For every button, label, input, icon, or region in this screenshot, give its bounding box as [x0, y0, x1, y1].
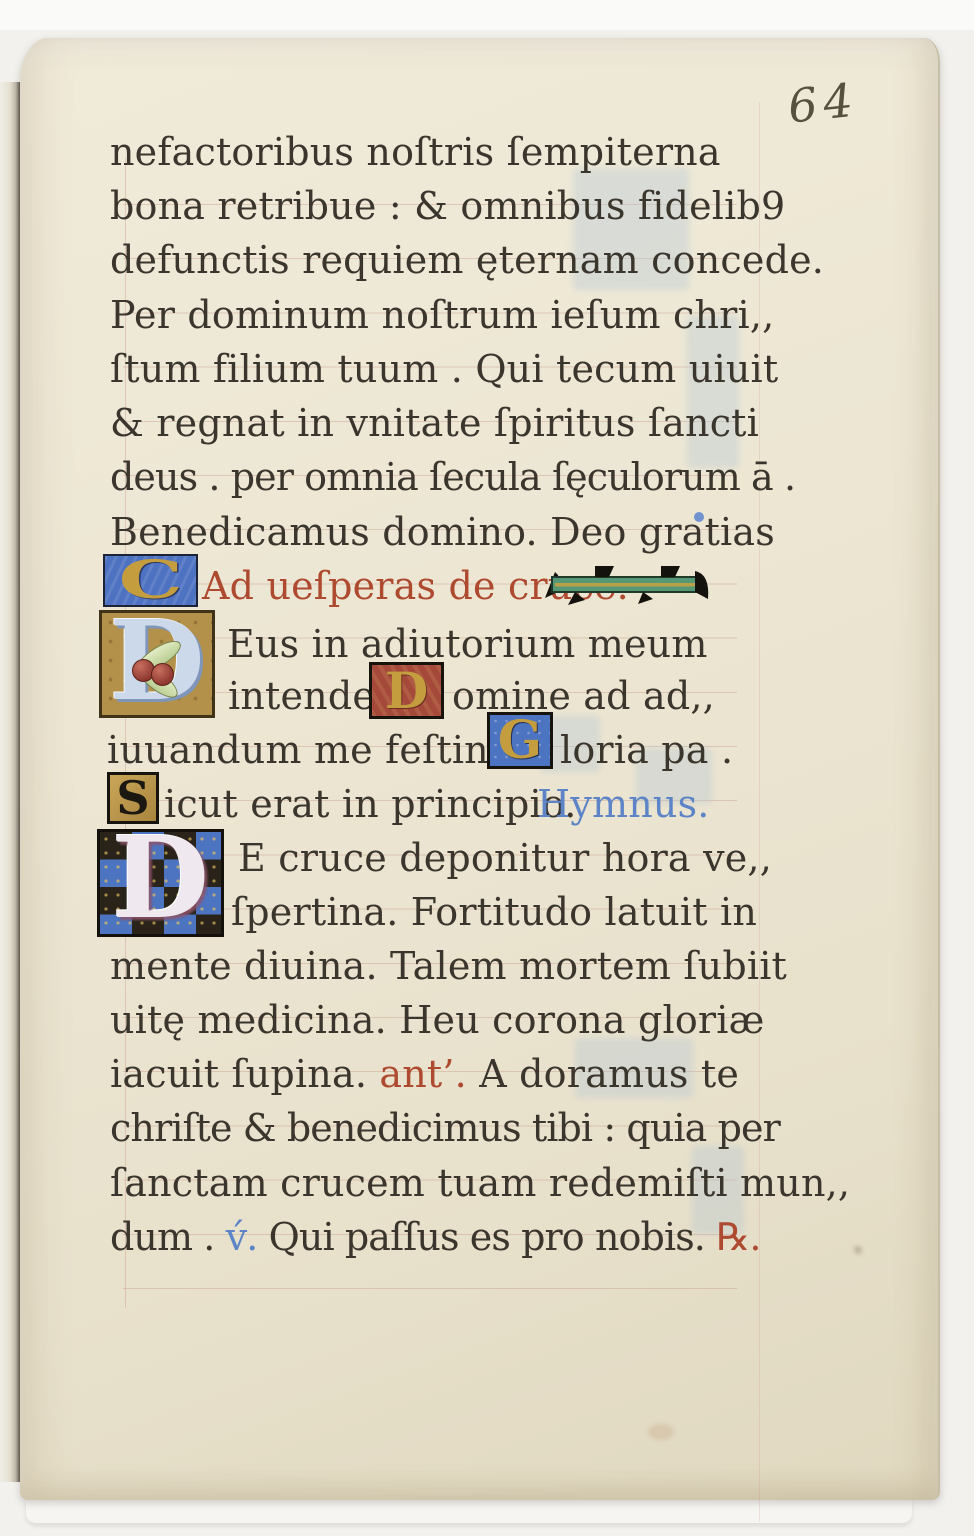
text-line: chriſte & benedicimus tibi : quia per — [110, 1104, 780, 1152]
text-line: iacuit ſupina. ant’. A doramus te — [110, 1050, 739, 1098]
illuminated-initial-domine: D — [369, 662, 444, 719]
scribal-flourish-mark — [694, 512, 704, 522]
text-line: Eus in adiutorium meum — [227, 620, 708, 668]
text-segment: dum . — [110, 1215, 215, 1259]
response-abbreviation: ℞. — [716, 1215, 760, 1259]
text-line: Benedicamus domino. Deo gratias — [110, 508, 775, 556]
text-segment: iacuit ſupina. — [110, 1052, 367, 1096]
text-line: icut erat in principio. — [164, 780, 577, 828]
text-line: loria pa . — [560, 726, 733, 774]
initial-letter: D — [112, 823, 209, 935]
text-segment: A doramus te — [479, 1052, 739, 1096]
text-line: & regnat in vnitate ſpiritus ſancti — [110, 399, 759, 447]
text-line: E cruce deponitur hora ve,, — [238, 834, 772, 882]
text-line: nefactoribus noſtris ſempiterna — [110, 128, 721, 176]
initial-letter: D — [385, 666, 428, 716]
text-line: bona retribue : & omnibus fidelib9 — [110, 182, 785, 230]
line-filler-ornament — [543, 562, 711, 608]
illuminated-initial-deus: D — [99, 610, 215, 718]
underlying-page-edge — [26, 1499, 912, 1523]
text-line: deus . per omnia ſecula ſęculorum ā . — [110, 453, 795, 501]
text-line: mente diuina. Talem mortem ſubiit — [110, 942, 787, 990]
initial-letter: D — [109, 606, 204, 716]
manuscript-photograph: 64 nefactoribus noſtris ſempiterna bona … — [0, 0, 974, 1536]
text-line: ſanctam crucem tuam redemiſti mun,, — [110, 1159, 850, 1207]
illuminated-initial-gloria: G — [487, 712, 553, 769]
antiphon-abbreviation: ant’. — [379, 1052, 467, 1096]
text-segment: Qui paſſus es pro nobis. — [269, 1215, 705, 1259]
text-line: Per dominum noſtrum ieſum chri,, — [110, 291, 774, 339]
text-line: defunctis requiem ęternam concede. — [110, 236, 824, 284]
versicle-abbreviation: v́. — [226, 1215, 258, 1259]
text-line: ſpertina. Fortitudo latuit in — [231, 888, 757, 936]
initial-letter: G — [498, 715, 542, 767]
folio-number: 64 — [785, 72, 861, 133]
text-line: ſtum filium tuum . Qui tecum uiuit — [110, 345, 778, 393]
text-line: iuuandum me feſtina . — [107, 726, 536, 774]
text-line: dum . v́. Qui paſſus es pro nobis. ℞. — [110, 1213, 761, 1261]
binding-gutter — [0, 82, 22, 1482]
backdrop-top — [0, 0, 974, 30]
text-line: uitę medicina. Heu corona gloriæ — [110, 996, 765, 1044]
illuminated-initial-de-cruce: D — [97, 829, 224, 937]
hymn-label: Hymnus. — [537, 780, 710, 828]
text-line: intende. — [228, 672, 387, 720]
